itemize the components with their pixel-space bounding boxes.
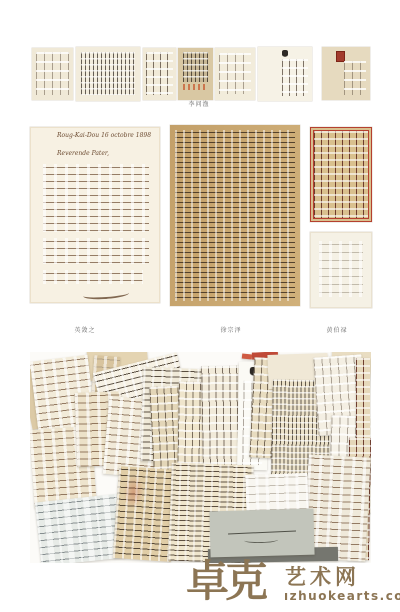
watermark-site-name: 艺术网 <box>285 566 360 588</box>
red-ruled-document <box>310 127 372 222</box>
handwriting-columns <box>219 53 251 94</box>
red-paper-scrap <box>242 353 252 359</box>
manuscript-thumbnail <box>322 47 370 100</box>
red-ruled-columns <box>313 130 369 219</box>
inventory-list-card <box>35 494 125 563</box>
manuscript-thumbnail <box>76 47 140 101</box>
latin-letter: Roug-Kai-Dou 16 octobre 1898 Reverende P… <box>30 127 160 303</box>
handwriting-faint <box>319 241 363 297</box>
handwriting-dense <box>175 130 295 301</box>
handwriting-paragraph <box>43 270 143 284</box>
printed-text-block <box>183 52 208 82</box>
caption-middle-right: 黄伯禄 <box>312 327 362 335</box>
handwriting-paragraph <box>43 238 149 264</box>
handwriting-paragraph <box>43 164 149 232</box>
red-ink-stain <box>122 474 144 509</box>
small-letter <box>310 232 372 308</box>
handwriting-columns <box>146 52 173 95</box>
caption-middle-center: 徐宗泽 <box>206 327 256 335</box>
scattered-letter <box>113 466 177 562</box>
top-manuscript-row <box>0 47 400 101</box>
caption-middle-left: 英敛之 <box>60 327 110 335</box>
manuscript-thumbnail <box>215 48 255 100</box>
site-watermark: 卓克 艺术网 ızhuokearts.com <box>186 560 400 606</box>
letterhead-crest-icon <box>282 50 288 58</box>
watermark-logo: 卓克 <box>186 562 264 602</box>
manuscript-thumbnail <box>143 48 176 100</box>
letter-date-line: Roug-Kai-Dou 16 octobre 1898 <box>57 132 151 139</box>
envelope-flourish <box>244 537 278 544</box>
manuscript-thumbnail <box>32 48 73 100</box>
french-letter <box>170 125 300 306</box>
handwriting-columns <box>81 52 135 95</box>
envelope-address-script <box>228 528 296 535</box>
manuscript-thumbnail <box>178 48 213 100</box>
handwriting-columns <box>344 61 366 95</box>
watermark-url: zhuokearts.com <box>290 589 400 603</box>
signature-flourish <box>83 288 130 300</box>
handwriting-columns <box>282 59 308 96</box>
handwriting-columns <box>36 52 69 95</box>
gray-envelope <box>209 509 314 558</box>
caption-top: 李问渔 <box>169 101 229 109</box>
auction-catalog-page: { "page": {"background": "#ffffff"}, "ca… <box>0 0 400 612</box>
letter-salutation: Reverende Pater, <box>57 150 109 157</box>
watermark-domain: ızhuokearts.com <box>284 589 400 603</box>
scattered-letters-photo <box>30 352 371 563</box>
manuscript-thumbnail <box>258 47 312 101</box>
red-stamp-row <box>183 84 208 90</box>
